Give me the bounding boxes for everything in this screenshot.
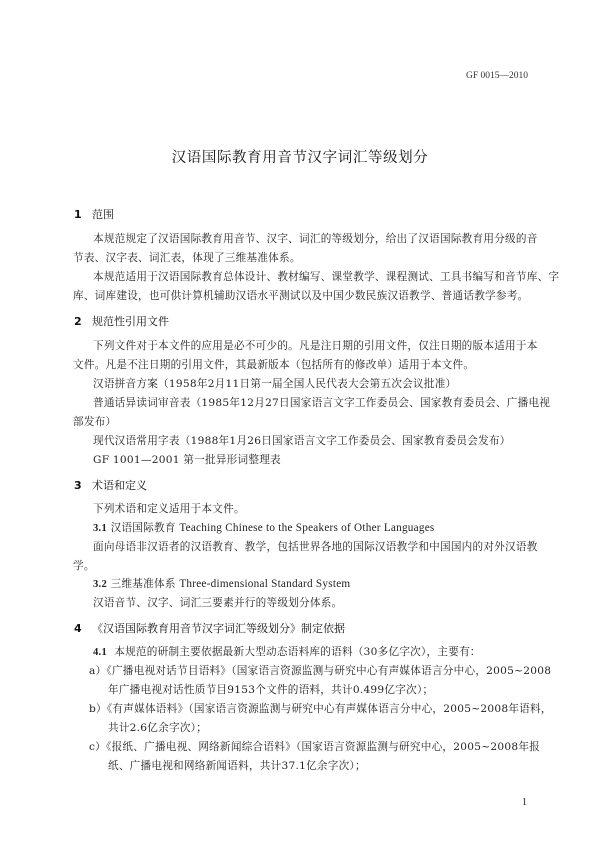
paragraph-line: 节表、汉字表、词汇表，体现了三维基准体系。 (73, 252, 301, 265)
section-heading-3: 3术语和定义 (74, 477, 147, 493)
paragraph-line: 文件。凡是不注日期的引用文件，其最新版本（包括所有的修改单）适用于本文件。 (73, 359, 474, 372)
list-item-b-cont: 共计2.6亿余字次）； (108, 722, 207, 735)
page-number: 1 (522, 797, 527, 808)
term-number: 3.1 (93, 523, 107, 534)
definition-line: 面向母语非汉语者的汉语教育、教学，包括世界各地的国际汉语教学和中国国内的对外汉语… (93, 541, 538, 554)
reference-item: 现代汉语常用字表（1988年1月26日国家语言文字工作委员会、国家教育委员会发布… (93, 435, 511, 448)
term-3-1: 3.1 汉语国际教育 Teaching Chinese to the Speak… (93, 522, 435, 535)
clause-text: 本规范的研制主要依据最新大型动态语料库的语料（30多亿字次），主要有： (114, 646, 481, 658)
term-number: 3.2 (93, 579, 107, 590)
reference-item: 汉语拼音方案（1958年2月11日第一届全国人民代表大会第五次会议批准） (93, 378, 456, 391)
section-title: 范围 (92, 208, 114, 221)
paragraph-line: 本规范规定了汉语国际教育用音节、汉字、词汇的等级划分，给出了汉语国际教育用分级的… (93, 233, 538, 246)
section-number: 3 (74, 479, 92, 492)
paragraph-line: 本规范适用于汉语国际教育总体设计、教材编写、课堂教学、课程测试、工具书编写和音节… (93, 271, 559, 284)
reference-item: 普通话异读词审音表（1985年12月27日国家语言文字工作委员会、国家教育委员会… (93, 397, 550, 410)
section-heading-2: 2规范性引用文件 (74, 313, 169, 329)
clause-4-1: 4.1 本规范的研制主要依据最新大型动态语料库的语料（30多亿字次），主要有： (93, 646, 481, 659)
list-item-a: a）《广播电视对话节目语料》（国家语言资源监测与研究中心有声媒体语言分中心，20… (89, 665, 551, 678)
section-heading-1: 1范围 (74, 206, 114, 222)
list-item-c: c）《报纸、广播电视、网络新闻综合语料》（国家语言资源监测与研究中心，2005~… (89, 741, 540, 754)
section-number: 2 (74, 315, 92, 328)
section-number: 1 (74, 208, 92, 221)
term-en: Three-dimensional Standard System (179, 578, 350, 590)
paragraph-line: 下列术语和定义适用于本文件。 (93, 503, 245, 516)
term-zh: 三维基准体系 (111, 578, 176, 590)
list-item-b: b）《有声媒体语料》（国家语言资源监测与研究中心有声媒体语言分中心，2005~2… (89, 703, 552, 716)
paragraph-line: 库、词库建设，也可供计算机辅助汉语水平测试以及中国少数民族汉语教学、普通话教学参… (73, 290, 528, 303)
list-item-a-cont: 年广播电视对话性质节目9153个文件的语料，共计0.499亿字次）； (108, 684, 433, 697)
reference-item-cont: 部发布） (73, 416, 116, 429)
paragraph-line: 下列文件对于本文件的应用是必不可少的。凡是注日期的引用文件，仅注日期的版本适用于… (93, 340, 538, 353)
document-code: GF 0015—2010 (466, 71, 528, 81)
term-en: Teaching Chinese to the Speakers of Othe… (179, 522, 434, 534)
term-3-2: 3.2 三维基准体系 Three-dimensional Standard Sy… (93, 578, 350, 591)
section-title: 规范性引用文件 (92, 315, 169, 328)
section-number: 4 (74, 622, 92, 635)
section-title: 《汉语国际教育用音节汉字词汇等级划分》制定依据 (92, 622, 345, 635)
definition-line: 汉语音节、汉字、词汇三要素并行的等级划分体系。 (93, 597, 342, 610)
page-title: 汉语国际教育用音节汉字词汇等级划分 (0, 146, 600, 167)
section-title: 术语和定义 (92, 479, 147, 492)
list-item-c-cont: 纸、广播电视和网络新闻语料，共计37.1亿余字次）； (108, 760, 366, 773)
term-zh: 汉语国际教育 (111, 522, 176, 534)
definition-line: 学。 (73, 560, 95, 573)
reference-item: GF 1001—2001 第一批异形词整理表 (93, 454, 281, 467)
section-heading-4: 4《汉语国际教育用音节汉字词汇等级划分》制定依据 (74, 620, 345, 636)
clause-number: 4.1 (93, 647, 107, 658)
